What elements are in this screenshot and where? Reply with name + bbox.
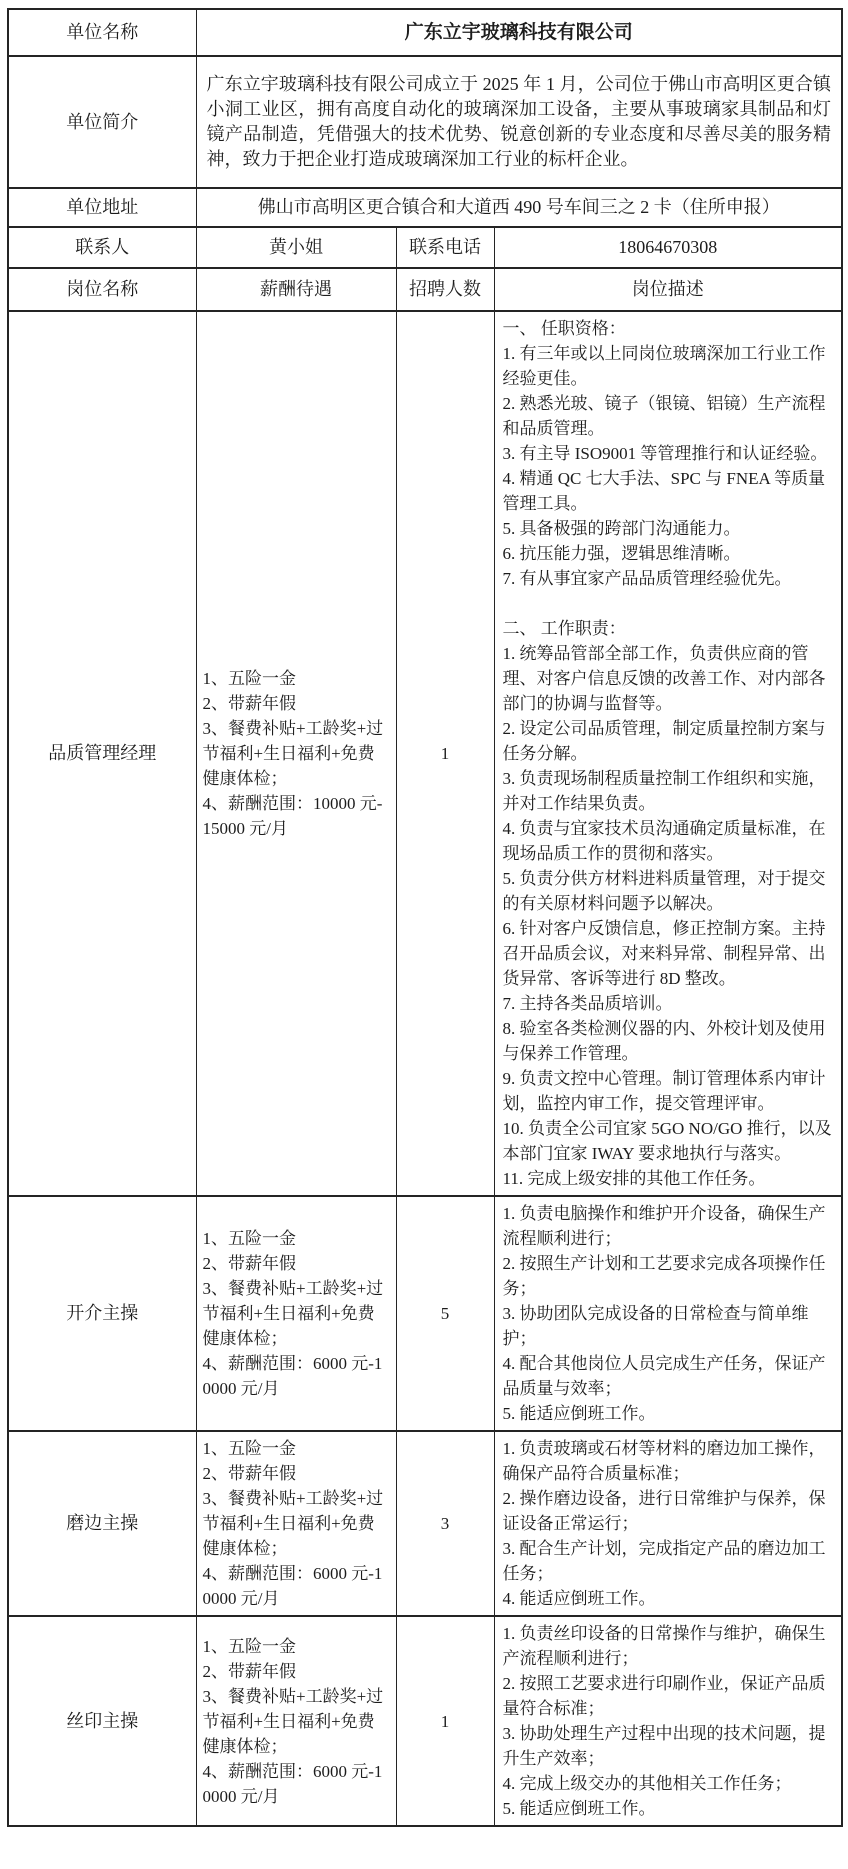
job-name: 丝印主操: [8, 1616, 196, 1826]
job-row-edging-operator: 磨边主操 1、五险一金 2、带薪年假 3、餐费补贴+工龄奖+过节福利+生日福利+…: [8, 1431, 842, 1616]
company-address-label: 单位地址: [8, 188, 196, 227]
job-count: 1: [396, 1616, 494, 1826]
company-name-value: 广东立宇玻璃科技有限公司: [196, 9, 842, 56]
jobs-header-salary: 薪酬待遇: [196, 268, 396, 311]
job-name: 品质管理经理: [8, 311, 196, 1196]
phone-label: 联系电话: [396, 227, 494, 268]
company-intro-value: 广东立宇玻璃科技有限公司成立于 2025 年 1 月，公司位于佛山市高明区更合镇…: [196, 56, 842, 188]
job-posting-page: 单位名称 广东立宇玻璃科技有限公司 单位简介 广东立宇玻璃科技有限公司成立于 2…: [0, 0, 848, 1869]
jobs-header-count: 招聘人数: [396, 268, 494, 311]
company-name-row: 单位名称 广东立宇玻璃科技有限公司: [8, 9, 842, 56]
job-name: 磨边主操: [8, 1431, 196, 1616]
phone-value: 18064670308: [494, 227, 842, 268]
job-description: 1. 负责玻璃或石材等材料的磨边加工操作，确保产品符合质量标准； 2. 操作磨边…: [494, 1431, 842, 1616]
company-intro-row: 单位简介 广东立宇玻璃科技有限公司成立于 2025 年 1 月，公司位于佛山市高…: [8, 56, 842, 188]
contact-name-value: 黄小姐: [196, 227, 396, 268]
job-posting-table: 单位名称 广东立宇玻璃科技有限公司 单位简介 广东立宇玻璃科技有限公司成立于 2…: [7, 8, 843, 1827]
jobs-header-name: 岗位名称: [8, 268, 196, 311]
job-salary: 1、五险一金 2、带薪年假 3、餐费补贴+工龄奖+过节福利+生日福利+免费健康体…: [196, 311, 396, 1196]
company-address-row: 单位地址 佛山市高明区更合镇合和大道西 490 号车间三之 2 卡（住所申报）: [8, 188, 842, 227]
company-address-value: 佛山市高明区更合镇合和大道西 490 号车间三之 2 卡（住所申报）: [196, 188, 842, 227]
job-count: 3: [396, 1431, 494, 1616]
jobs-header-description: 岗位描述: [494, 268, 842, 311]
job-description: 1. 负责丝印设备的日常操作与维护，确保生产流程顺利进行； 2. 按照工艺要求进…: [494, 1616, 842, 1826]
job-salary: 1、五险一金 2、带薪年假 3、餐费补贴+工龄奖+过节福利+生日福利+免费健康体…: [196, 1196, 396, 1431]
company-name-label: 单位名称: [8, 9, 196, 56]
job-row-screen-printing-operator: 丝印主操 1、五险一金 2、带薪年假 3、餐费补贴+工龄奖+过节福利+生日福利+…: [8, 1616, 842, 1826]
job-name: 开介主操: [8, 1196, 196, 1431]
job-count: 1: [396, 311, 494, 1196]
job-count: 5: [396, 1196, 494, 1431]
contact-label: 联系人: [8, 227, 196, 268]
company-intro-label: 单位简介: [8, 56, 196, 188]
job-row-cutting-operator: 开介主操 1、五险一金 2、带薪年假 3、餐费补贴+工龄奖+过节福利+生日福利+…: [8, 1196, 842, 1431]
job-salary: 1、五险一金 2、带薪年假 3、餐费补贴+工龄奖+过节福利+生日福利+免费健康体…: [196, 1616, 396, 1826]
jobs-header-row: 岗位名称 薪酬待遇 招聘人数 岗位描述: [8, 268, 842, 311]
job-row-quality-manager: 品质管理经理 1、五险一金 2、带薪年假 3、餐费补贴+工龄奖+过节福利+生日福…: [8, 311, 842, 1196]
job-description: 1. 负责电脑操作和维护开介设备，确保生产流程顺利进行； 2. 按照生产计划和工…: [494, 1196, 842, 1431]
job-description: 一、 任职资格： 1. 有三年或以上同岗位玻璃深加工行业工作经验更佳。 2. 熟…: [494, 311, 842, 1196]
contact-row: 联系人 黄小姐 联系电话 18064670308: [8, 227, 842, 268]
job-salary: 1、五险一金 2、带薪年假 3、餐费补贴+工龄奖+过节福利+生日福利+免费健康体…: [196, 1431, 396, 1616]
